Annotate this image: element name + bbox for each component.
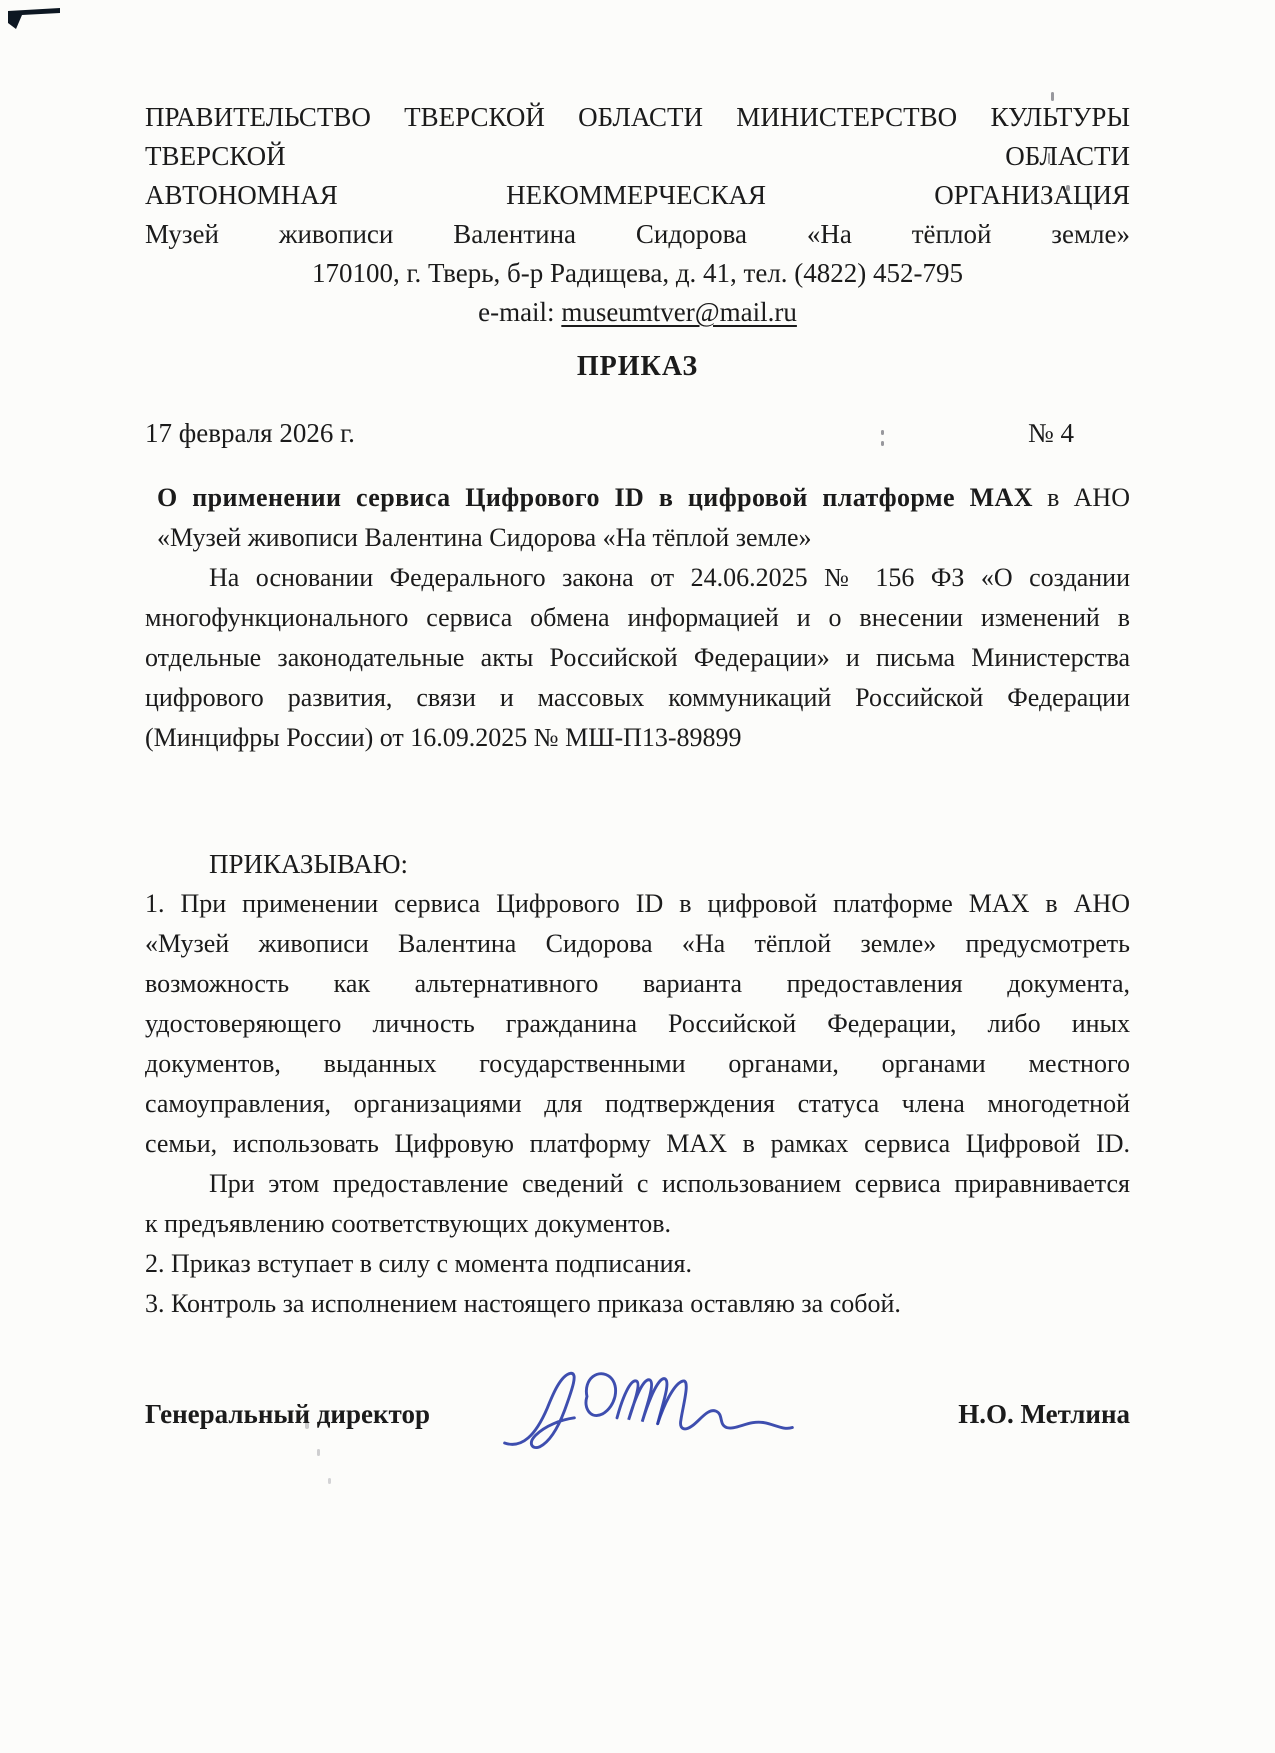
order-number: № 4	[1028, 414, 1074, 452]
text-line: ПРАВИТЕЛЬСТВО ТВЕРСКОЙ ОБЛАСТИ МИНИСТЕРС…	[145, 98, 1130, 137]
text-line: «Музей живописи Валентина Сидорова «На т…	[145, 924, 1130, 964]
email-address: museumtver@mail.ru	[561, 297, 797, 327]
signature-row: Генеральный директор Н.О. Метлина	[145, 1394, 1130, 1434]
text-line: На основании Федерального закона от 24.0…	[145, 558, 1130, 598]
document-content: ПРАВИТЕЛЬСТВО ТВЕРСКОЙ ОБЛАСТИ МИНИСТЕРС…	[145, 0, 1130, 1434]
text-line: удостоверяющего личность гражданина Росс…	[145, 1004, 1130, 1044]
email-line: e-mail: museumtver@mail.ru	[145, 293, 1130, 332]
subject-line-2: «Музей живописи Валентина Сидорова «На т…	[157, 518, 1130, 558]
text-line: 1. При применении сервиса Цифрового ID в…	[145, 884, 1130, 924]
scan-speck	[317, 1449, 320, 1456]
text-line: многофункционального сервиса обмена инфо…	[145, 598, 1130, 638]
letterhead: ПРАВИТЕЛЬСТВО ТВЕРСКОЙ ОБЛАСТИ МИНИСТЕРС…	[145, 98, 1130, 332]
scan-artifact-corner	[6, 5, 68, 33]
text-line: семьи, использовать Цифровую платформу M…	[145, 1124, 1130, 1164]
basis-paragraph: На основании Федерального закона от 24.0…	[145, 558, 1130, 758]
directive-item-3: 3. Контроль за исполнением настоящего пр…	[145, 1284, 1130, 1324]
text-line: цифрового развития, связи и массовых ком…	[145, 678, 1130, 718]
text-line: возможность как альтернативного варианта…	[145, 964, 1130, 1004]
resolution-heading: ПРИКАЗЫВАЮ:	[145, 844, 1130, 884]
scanned-order-document: ПРАВИТЕЛЬСТВО ТВЕРСКОЙ ОБЛАСТИ МИНИСТЕРС…	[0, 0, 1275, 1753]
order-heading: ПРИКАЗ	[145, 348, 1130, 386]
subject-line-1: О применении сервиса Цифрового ID в цифр…	[157, 478, 1130, 518]
text-line: отдельные законодательные акты Российско…	[145, 638, 1130, 678]
text-line: самоуправления, организациями для подтве…	[145, 1084, 1130, 1124]
date-number-row: 17 февраля 2026 г. № 4	[145, 414, 1130, 452]
subject-paragraph: О применении сервиса Цифрового ID в цифр…	[145, 478, 1130, 558]
order-date: 17 февраля 2026 г.	[145, 414, 355, 452]
scan-speck	[328, 1478, 331, 1484]
text-line: ТВЕРСКОЙ ОБЛАСТИ	[145, 137, 1130, 176]
text-line: (Минцифры России) от 16.09.2025 № МШ-П13…	[145, 718, 1130, 758]
directive-item-1: 1. При применении сервиса Цифрового ID в…	[145, 884, 1130, 1164]
text-line: Музей живописи Валентина Сидорова «На тё…	[145, 215, 1130, 254]
text-line: документов, выданных государственными ор…	[145, 1044, 1130, 1084]
subject-regular-tail: в АНО	[1033, 483, 1130, 512]
position-title: Генеральный директор	[145, 1394, 430, 1434]
text-line: При этом предоставление сведений с испол…	[145, 1164, 1130, 1204]
text-line: к предъявлению соответствующих документо…	[145, 1204, 1130, 1244]
letterhead-lines: ПРАВИТЕЛЬСТВО ТВЕРСКОЙ ОБЛАСТИ МИНИСТЕРС…	[145, 98, 1130, 293]
text-line: 170100, г. Тверь, б-р Радищева, д. 41, т…	[145, 254, 1130, 293]
email-label: e-mail:	[478, 297, 554, 327]
text-line: АВТОНОМНАЯ НЕКОММЕРЧЕСКАЯ ОРГАНИЗАЦИЯ	[145, 176, 1130, 215]
directive-item-1-note: При этом предоставление сведений с испол…	[145, 1164, 1130, 1244]
subject-bold-text: О применении сервиса Цифрового ID в цифр…	[157, 483, 1033, 512]
directive-item-2: 2. Приказ вступает в силу с момента подп…	[145, 1244, 1130, 1284]
handwritten-signature	[493, 1358, 803, 1468]
signer-name: Н.О. Метлина	[958, 1394, 1130, 1434]
